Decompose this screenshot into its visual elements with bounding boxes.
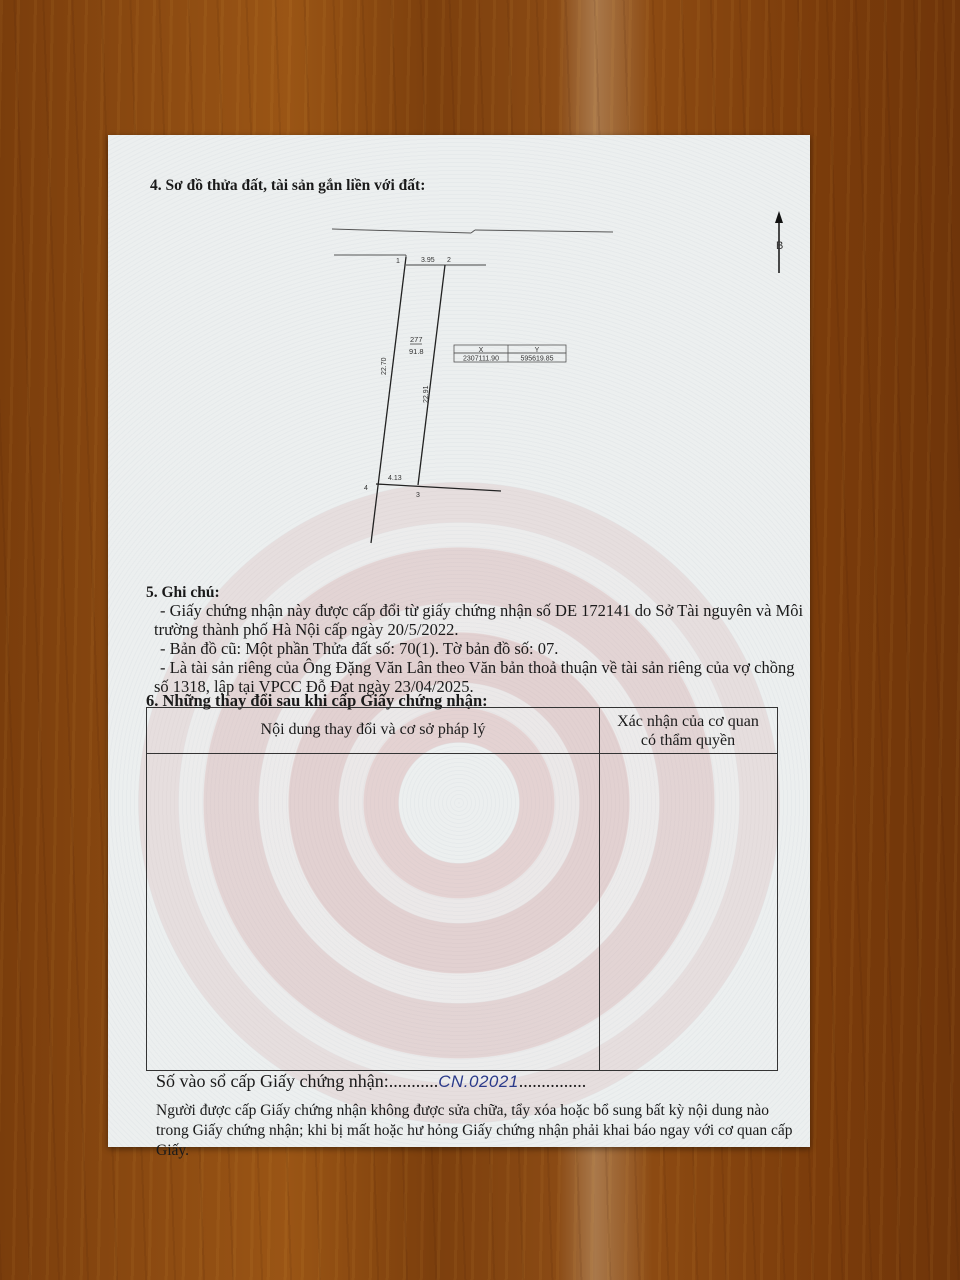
edge-left-length: 22.70: [381, 357, 388, 375]
coord-x-header: X: [479, 347, 484, 354]
parcel-number: 277: [410, 335, 423, 344]
certificate-warning: Người được cấp Giấy chứng nhận không đượ…: [156, 1101, 796, 1161]
note-line-4: - Là tài sản riêng của Ông Đặng Văn Lân …: [160, 658, 794, 678]
table-header-confirmation: Xác nhận của cơ quan có thẩm quyền: [599, 712, 777, 750]
table-header-confirmation-line-2: có thẩm quyền: [599, 731, 777, 750]
point-1-label: 1: [396, 258, 400, 265]
coord-x-value: 2307111.90: [463, 356, 499, 363]
table-column-divider: [599, 708, 600, 1070]
parcel-area: 91.8: [409, 347, 424, 356]
edge-bottom-length: 4.13: [388, 475, 402, 482]
coord-y-value: 595619.85: [520, 356, 553, 363]
edge-top-length: 3.95: [421, 257, 435, 264]
point-3-label: 3: [416, 492, 420, 499]
registration-leader-before: ...........: [389, 1071, 439, 1091]
note-line-1: - Giấy chứng nhận này được cấp đổi từ gi…: [160, 601, 803, 621]
changes-table: Nội dung thay đổi và cơ sở pháp lý Xác n…: [146, 707, 778, 1071]
note-line-3: - Bản đồ cũ: Một phần Thửa đất số: 70(1)…: [160, 639, 558, 659]
land-certificate-page: 4. Sơ đồ thửa đất, tài sản gắn liền với …: [108, 135, 810, 1147]
edge-right-length: 22.91: [423, 385, 430, 403]
table-header-divider: [147, 753, 777, 754]
point-4-label: 4: [364, 485, 368, 492]
registration-label: Số vào sổ cấp Giấy chứng nhận:: [156, 1071, 389, 1091]
registration-number: CN.02021: [438, 1072, 519, 1091]
coord-y-header: Y: [535, 347, 540, 354]
table-header-confirmation-line-1: Xác nhận của cơ quan: [599, 712, 777, 731]
registration-number-line: Số vào sổ cấp Giấy chứng nhận:..........…: [156, 1071, 586, 1092]
parcel-diagram: X Y 2307111.90 595619.85 1 2 3 4 3.95 4.…: [108, 135, 810, 575]
section5-title: 5. Ghi chú:: [146, 584, 220, 602]
note-line-2: trường thành phố Hà Nội cấp ngày 20/5/20…: [154, 620, 459, 640]
table-header-changes: Nội dung thay đổi và cơ sở pháp lý: [147, 721, 599, 739]
north-label: B: [776, 240, 783, 252]
north-arrow-icon: B: [775, 211, 783, 273]
point-2-label: 2: [447, 257, 451, 264]
registration-leader-after: ...............: [519, 1071, 587, 1091]
